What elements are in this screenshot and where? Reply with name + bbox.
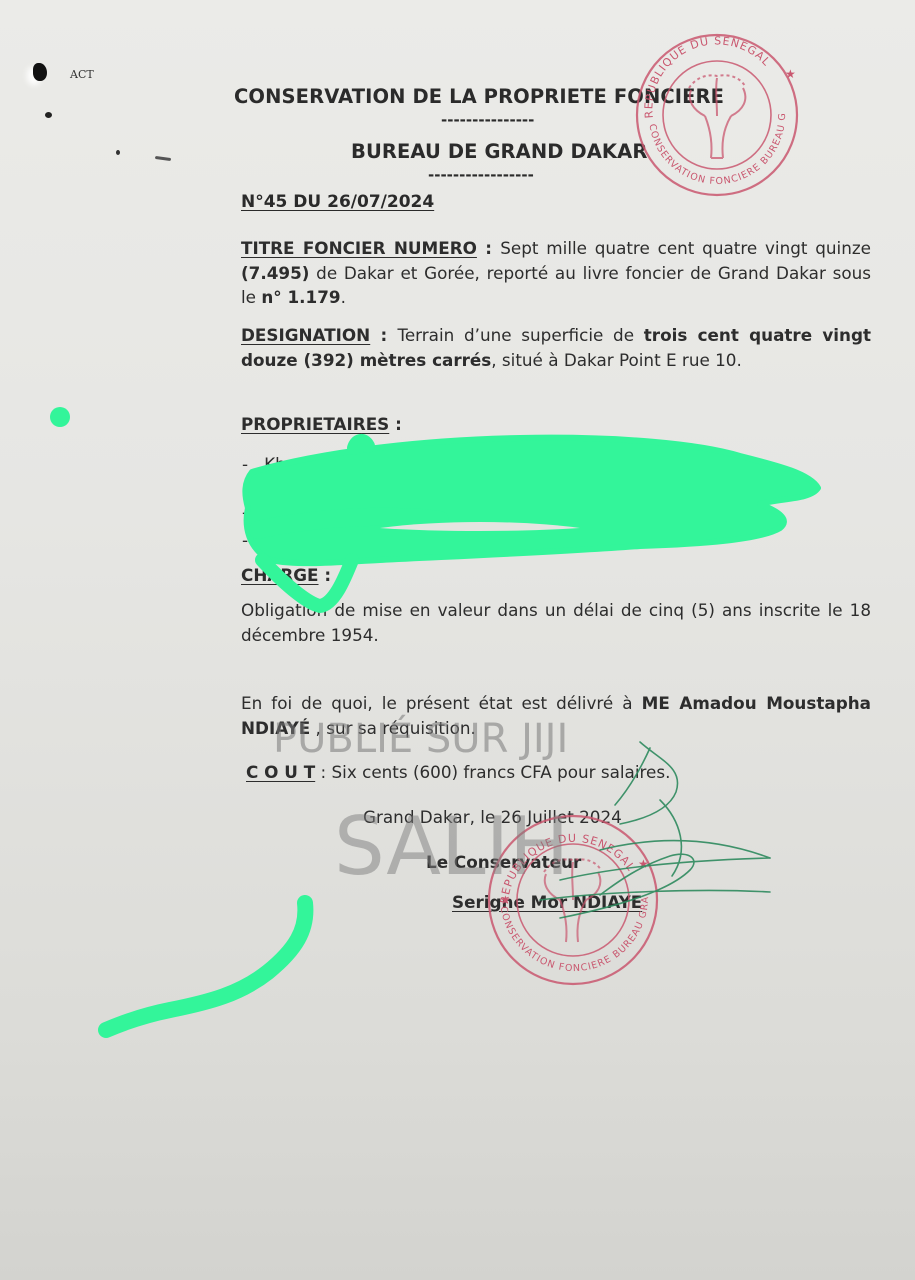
redaction-marker-overlay (0, 0, 915, 1280)
document-page: ACT CONSERVATION DE LA PROPRIETE FONCIER… (0, 0, 915, 1280)
